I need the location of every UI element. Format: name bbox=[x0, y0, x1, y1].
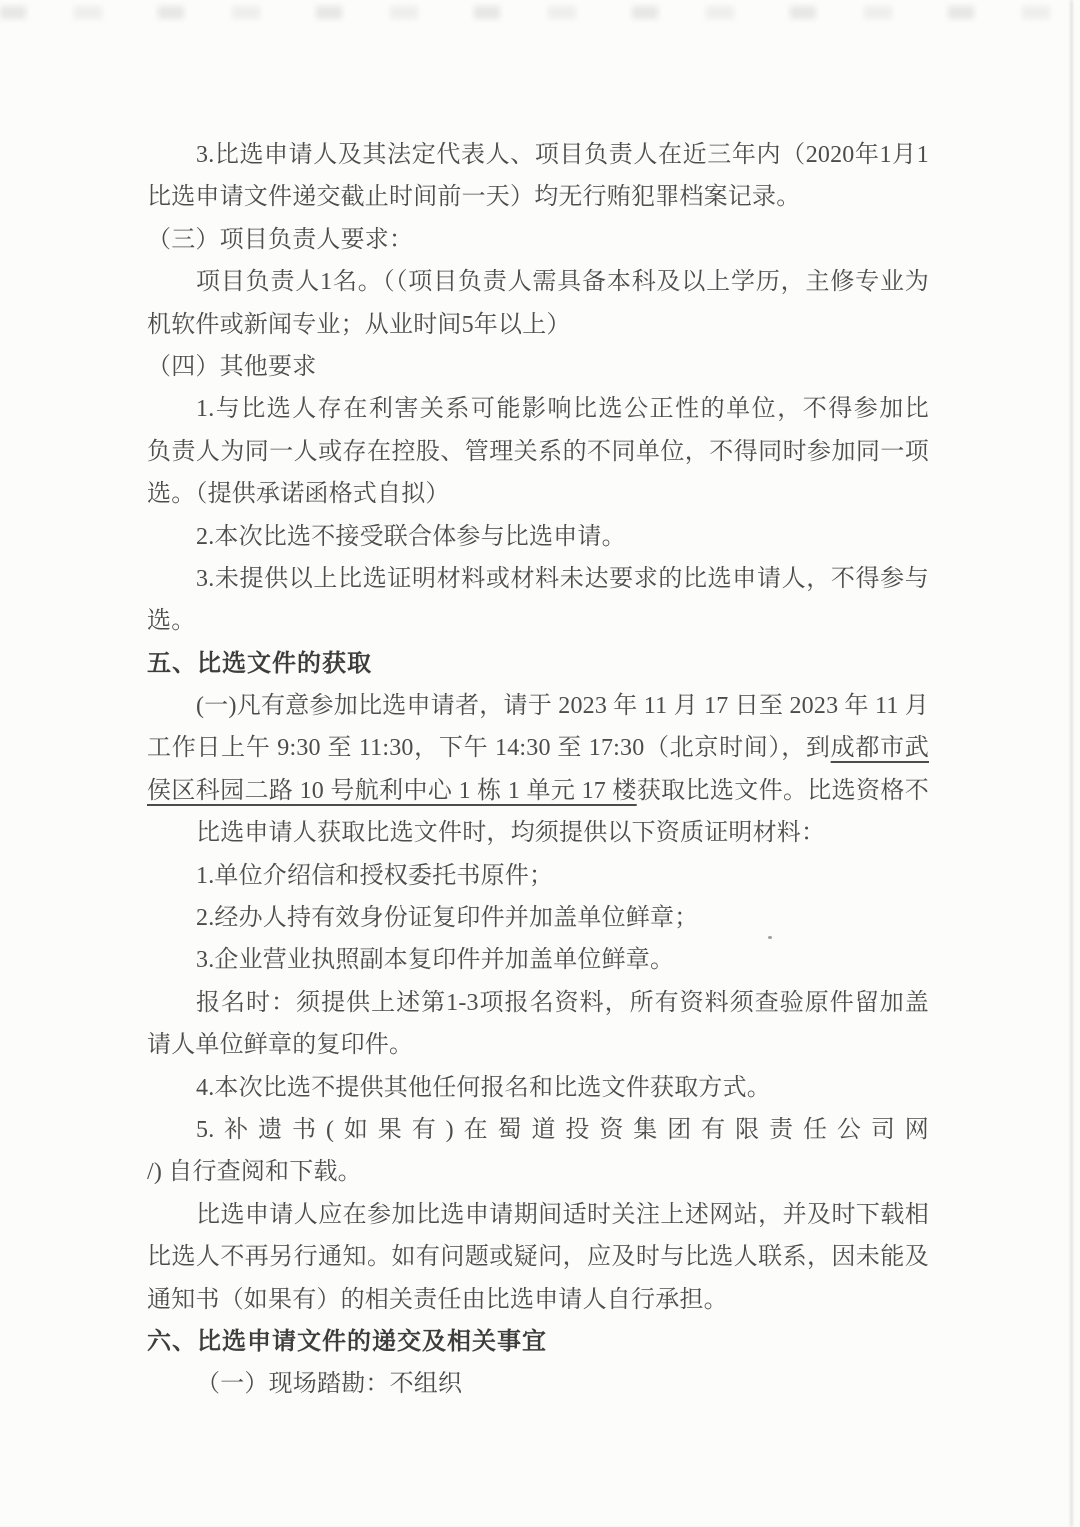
text-segment: 选。 bbox=[147, 608, 195, 634]
text-line: 请人单位鲜章的复印件。 bbox=[147, 1024, 929, 1066]
text-line: 2.本次比选不接受联合体参与比选申请。 bbox=[147, 516, 929, 558]
text-segment: 比选申请人获取比选文件时，均须提供以下资质证明材料： bbox=[196, 820, 825, 846]
text-segment: 项目负责人1名。（（项目负责人需具备本科及以上学历，主修专业为计算 bbox=[196, 269, 929, 303]
text-segment: 报名时：须提供上述第1-3项报名资料，所有资料须查验原件留加盖比选申 bbox=[196, 990, 929, 1024]
text-segment: 五、比选文件的获取 bbox=[147, 650, 372, 677]
text-segment: /) 自行查阅和下载。 bbox=[147, 1159, 362, 1185]
text-segment: （四）其他要求 bbox=[147, 354, 316, 380]
text-line: （四）其他要求 bbox=[147, 346, 929, 388]
text-line: 比选申请人获取比选文件时，均须提供以下资质证明材料： bbox=[147, 812, 929, 854]
text-line: (一)凡有意参加比选申请者，请于 2023 年 11 月 17 日至 2023 … bbox=[147, 685, 929, 727]
text-segment: （三）项目负责人要求： bbox=[147, 227, 413, 253]
section-heading: 五、比选文件的获取 bbox=[147, 643, 929, 685]
text-line: 通知书（如果有）的相关责任由比选申请人自行承担。 bbox=[147, 1279, 929, 1321]
right-edge-scan-line-artifact bbox=[1070, 0, 1073, 1527]
text-line: 负责人为同一人或存在控股、管理关系的不同单位，不得同时参加同一项目的比 bbox=[147, 431, 929, 473]
text-segment: 2.本次比选不接受联合体参与比选申请。 bbox=[196, 524, 626, 550]
text-line: 3.比选申请人及其法定代表人、项目负责人在近三年内（2020年1月1日起至 bbox=[147, 134, 929, 176]
text-line: 1.与比选人存在利害关系可能影响比选公正性的单位，不得参加比选。单位 bbox=[147, 388, 929, 430]
text-segment: 六、比选申请文件的递交及相关事宜 bbox=[147, 1328, 547, 1355]
text-line: 2.经办人持有效身份证复印件并加盖单位鲜章； bbox=[147, 897, 929, 939]
document-page: 3.比选申请人及其法定代表人、项目负责人在近三年内（2020年1月1日起至比选申… bbox=[0, 0, 1080, 1527]
text-segment: 请人单位鲜章的复印件。 bbox=[147, 1032, 413, 1058]
text-line: 比选申请文件递交截止时间前一天）均无行贿犯罪档案记录。 bbox=[147, 176, 929, 218]
text-segment: 3.企业营业执照副本复印件并加盖单位鲜章。 bbox=[196, 947, 674, 973]
text-line: 侯区科园二路 10 号航利中心 1 栋 1 单元 17 楼获取比选文件。比选资格… bbox=[147, 770, 929, 812]
text-line: 比选申请人应在参加比选申请期间适时关注上述网站，并及时下载相关内容， bbox=[147, 1194, 929, 1236]
top-edge-smudge-artifact bbox=[0, 6, 1080, 19]
text-line: 选。 bbox=[147, 600, 929, 642]
document-body: 3.比选申请人及其法定代表人、项目负责人在近三年内（2020年1月1日起至比选申… bbox=[147, 134, 929, 1406]
text-segment: 工作日上午 9:30 至 11:30，下午 14:30 至 17:30（北京时间… bbox=[147, 735, 831, 761]
text-segment: 1.与比选人存在利害关系可能影响比选公正性的单位，不得参加比选。单位 bbox=[196, 396, 929, 430]
text-line: 项目负责人1名。（（项目负责人需具备本科及以上学历，主修专业为计算 bbox=[147, 261, 929, 303]
text-segment: 比选申请文件递交截止时间前一天）均无行贿犯罪档案记录。 bbox=[147, 184, 800, 210]
text-segment: 机软件或新闻专业；从业时间5年以上） bbox=[147, 312, 571, 338]
text-line: 4.本次比选不提供其他任何报名和比选文件获取方式。 bbox=[147, 1067, 929, 1109]
text-segment: 4.本次比选不提供其他任何报名和比选文件获取方式。 bbox=[196, 1075, 771, 1101]
text-segment: (一)凡有意参加比选申请者，请于 2023 年 11 月 17 日至 2023 … bbox=[196, 693, 929, 727]
text-segment: 3.未提供以上比选证明材料或材料未达要求的比选申请人，不得参与本次比 bbox=[196, 566, 929, 600]
text-line: （一）现场踏勘：不组织 bbox=[147, 1363, 929, 1405]
text-segment: （一）现场踏勘：不组织 bbox=[196, 1371, 462, 1397]
text-line: 工作日上午 9:30 至 11:30，下午 14:30 至 17:30（北京时间… bbox=[147, 727, 929, 769]
text-line: 5.补遗书(如果有)在蜀道投资集团有限责任公司网(http://www.shud… bbox=[147, 1109, 929, 1151]
text-line: 选。（提供承诺函格式自拟） bbox=[147, 473, 929, 515]
text-line: 3.企业营业执照副本复印件并加盖单位鲜章。 bbox=[147, 939, 929, 981]
text-line: 机软件或新闻专业；从业时间5年以上） bbox=[147, 304, 929, 346]
text-segment: 选。（提供承诺函格式自拟） bbox=[147, 481, 450, 507]
text-segment: 比选申请人应在参加比选申请期间适时关注上述网站，并及时下载相关内容， bbox=[196, 1202, 929, 1236]
text-line: 3.未提供以上比选证明材料或材料未达要求的比选申请人，不得参与本次比 bbox=[147, 558, 929, 600]
text-segment: 1.单位介绍信和授权委托书原件； bbox=[196, 863, 553, 889]
text-segment: 通知书（如果有）的相关责任由比选申请人自行承担。 bbox=[147, 1287, 728, 1313]
text-segment: 负责人为同一人或存在控股、管理关系的不同单位，不得同时参加同一项目的比 bbox=[147, 439, 929, 473]
underlined-address-text: 成都市武 bbox=[831, 735, 929, 761]
section-heading: 六、比选申请文件的递交及相关事宜 bbox=[147, 1321, 929, 1363]
underlined-address-text: 侯区科园二路 10 号航利中心 1 栋 1 单元 17 楼 bbox=[147, 778, 637, 804]
text-line: /) 自行查阅和下载。 bbox=[147, 1151, 929, 1193]
text-line: 比选人不再另行通知。如有问题或疑问，应及时与比选人联系，因未能及时下载 bbox=[147, 1236, 929, 1278]
text-segment: 5.补遗书(如果有)在蜀道投资集团有限责任公司网(http://www.shud… bbox=[196, 1117, 929, 1151]
text-segment: 3.比选申请人及其法定代表人、项目负责人在近三年内（2020年1月1日起至 bbox=[196, 142, 929, 176]
text-line: 1.单位介绍信和授权委托书原件； bbox=[147, 855, 929, 897]
text-segment: 2.经办人持有效身份证复印件并加盖单位鲜章； bbox=[196, 905, 698, 931]
text-line: 报名时：须提供上述第1-3项报名资料，所有资料须查验原件留加盖比选申 bbox=[147, 982, 929, 1024]
text-segment: 比选人不再另行通知。如有问题或疑问，应及时与比选人联系，因未能及时下载 bbox=[147, 1244, 929, 1278]
text-line: （三）项目负责人要求： bbox=[147, 219, 929, 261]
